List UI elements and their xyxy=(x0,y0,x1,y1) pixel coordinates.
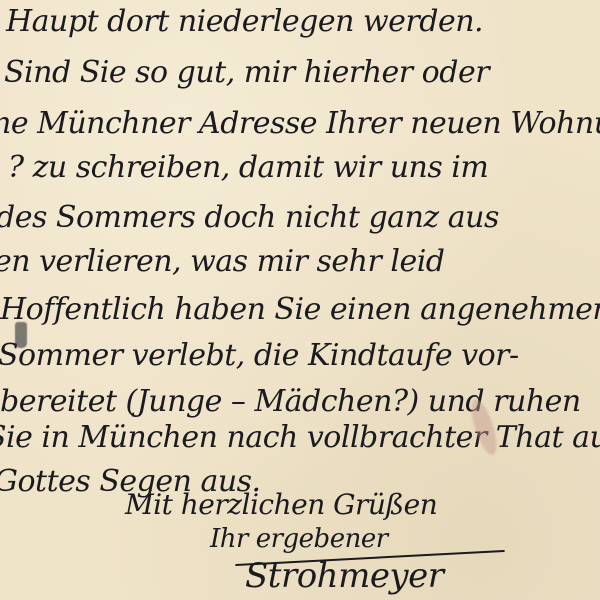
letter-line-8: Sommer verlebt, die Kindtaufe vor- xyxy=(0,338,519,373)
letter-line-6: en verlieren, was mir sehr leid xyxy=(0,244,445,279)
closing-complimentary: Ihr ergebener xyxy=(210,524,388,554)
ink-smudge xyxy=(15,322,27,348)
letter-line-4: ? zu schreiben, damit wir uns im xyxy=(8,150,488,185)
letter-page: Haupt dort niederlegen werden. Sind Sie … xyxy=(0,0,600,600)
letter-line-5: des Sommers doch nicht ganz aus xyxy=(0,200,499,235)
letter-line-1: Haupt dort niederlegen werden. xyxy=(6,4,483,39)
closing-salutation: Mit herzlichen Grüßen xyxy=(125,488,437,521)
letter-line-7: Hoffentlich haben Sie einen angenehmen xyxy=(0,292,600,327)
letter-line-10: Sie in München nach vollbrachter That au… xyxy=(0,420,600,455)
letter-line-9: bereitet (Junge – Mädchen?) und ruhen xyxy=(0,384,581,419)
letter-line-3: ne Münchner Adresse Ihrer neuen Wohnung xyxy=(0,106,600,141)
letter-line-2: Sind Sie so gut, mir hierher oder xyxy=(4,55,489,90)
